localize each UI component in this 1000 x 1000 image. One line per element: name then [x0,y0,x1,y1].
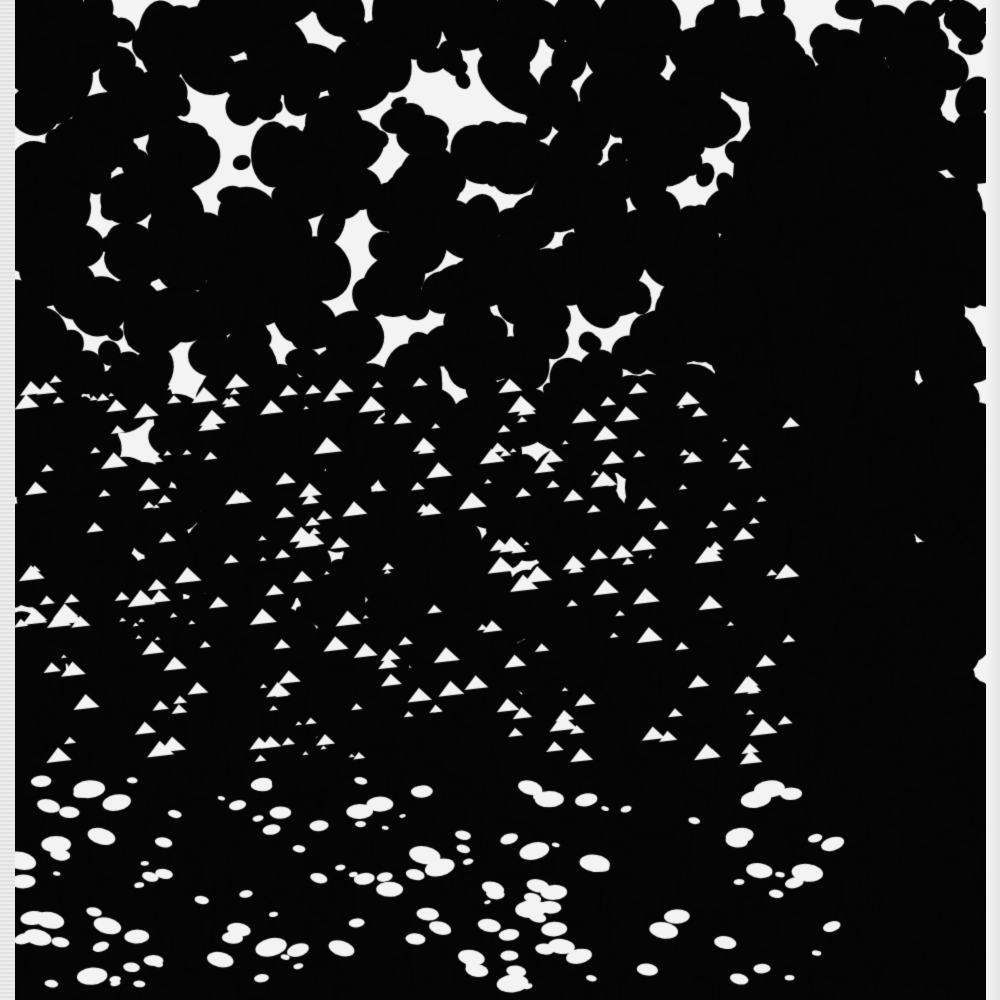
abstract-painting [15,0,986,1000]
painting-surface [15,0,986,1000]
canvas-edge-left [0,0,15,1000]
canvas-edge-right [986,0,1000,1000]
